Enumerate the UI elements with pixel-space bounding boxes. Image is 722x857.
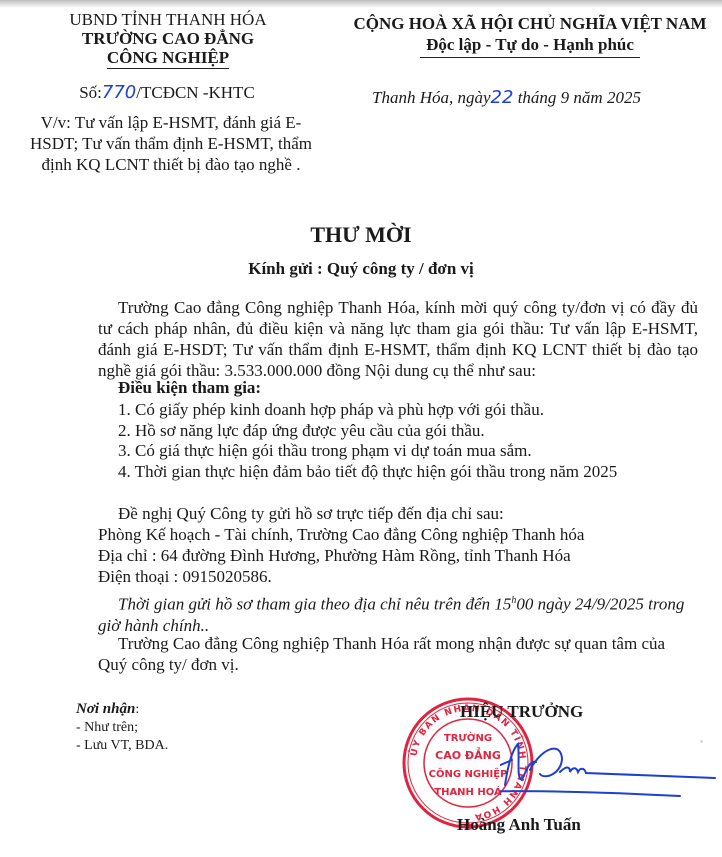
handwritten-number: 770 xyxy=(102,82,136,103)
recipient-item: - Lưu VT, BDA. xyxy=(76,737,168,755)
issuer-block: UBND TỈNH THANH HÓA TRƯỜNG CAO ĐẲNG CÔNG… xyxy=(48,10,288,67)
recipient-item: - Như trên; xyxy=(76,719,168,737)
handwritten-signature xyxy=(500,740,720,800)
recipients-title: Nơi nhận xyxy=(76,701,135,717)
authority-name: UBND TỈNH THANH HÓA xyxy=(48,10,288,29)
condition-item: 4. Thời gian thực hiện đảm bảo tiết độ t… xyxy=(118,462,617,483)
submission-office: Phòng Kế hoạch - Tài chính, Trường Cao đ… xyxy=(98,524,698,545)
closing-paragraph: Trường Cao đẳng Công nghiệp Thanh Hóa rấ… xyxy=(98,633,698,675)
svg-text:TRƯỜNG: TRƯỜNG xyxy=(444,731,492,744)
date-line: Thanh Hóa, ngày22 tháng 9 năm 2025 xyxy=(372,87,692,108)
handwritten-day: 22 xyxy=(491,87,514,108)
nation-title: CỘNG HOÀ XÃ HỘI CHỦ NGHĨA VIỆT NAM xyxy=(338,14,722,34)
condition-item: 1. Có giấy phép kinh doanh hợp pháp và p… xyxy=(118,400,617,421)
scan-speck xyxy=(700,740,703,743)
subject-line: V/v: Tư vấn lập E-HSMT, đánh giá E-HSDT;… xyxy=(26,112,316,175)
svg-text:CAO ĐẲNG: CAO ĐẲNG xyxy=(435,747,501,762)
document-number: Số:770/TCĐCN -KHTC xyxy=(52,82,282,103)
salutation: Kính gửi : Quý công ty / đơn vị xyxy=(0,259,722,279)
submission-request: Đề nghị Quý Công ty gửi hồ sơ trực tiếp … xyxy=(98,503,698,524)
motto: Độc lập - Tự do - Hạnh phúc xyxy=(338,34,722,56)
condition-item: 3. Có giá thực hiện gói thầu trong phạm … xyxy=(118,441,617,462)
national-header: CỘNG HOÀ XÃ HỘI CHỦ NGHĨA VIỆT NAM Độc l… xyxy=(338,14,722,58)
recipients-block: Nơi nhận: - Như trên; - Lưu VT, BDA. xyxy=(76,700,168,755)
conditions-list: 1. Có giấy phép kinh doanh hợp pháp và p… xyxy=(118,400,617,482)
submission-phone: Điện thoại : 0915020586. xyxy=(98,566,698,587)
signer-position: HIỆU TRƯỞNG xyxy=(460,702,583,722)
conditions-title: Điều kiện tham gia: xyxy=(118,378,261,398)
document-title: THƯ MỜI xyxy=(0,222,722,248)
condition-item: 2. Hồ sơ năng lực đáp ứng được yêu cầu c… xyxy=(118,421,617,442)
svg-text:CÔNG NGHIỆP: CÔNG NGHIỆP xyxy=(429,767,508,780)
motto-underline xyxy=(420,57,640,58)
scan-edge-shade xyxy=(0,0,722,8)
svg-text:THANH HOÁ: THANH HOÁ xyxy=(434,785,502,798)
submission-address: Địa chỉ : 64 đường Đình Hương, Phường Hà… xyxy=(98,545,698,566)
school-name-line2: CÔNG NGHIỆP xyxy=(48,48,288,67)
intro-paragraph: Trường Cao đẳng Công nghiệp Thanh Hóa, k… xyxy=(98,297,698,381)
school-name-line1: TRƯỜNG CAO ĐẲNG xyxy=(48,29,288,48)
signer-name: Hoàng Anh Tuấn xyxy=(457,815,581,835)
deadline-paragraph: Thời gian gửi hồ sơ tham gia theo địa ch… xyxy=(98,590,698,636)
submission-info: Đề nghị Quý Công ty gửi hồ sơ trực tiếp … xyxy=(98,503,698,587)
